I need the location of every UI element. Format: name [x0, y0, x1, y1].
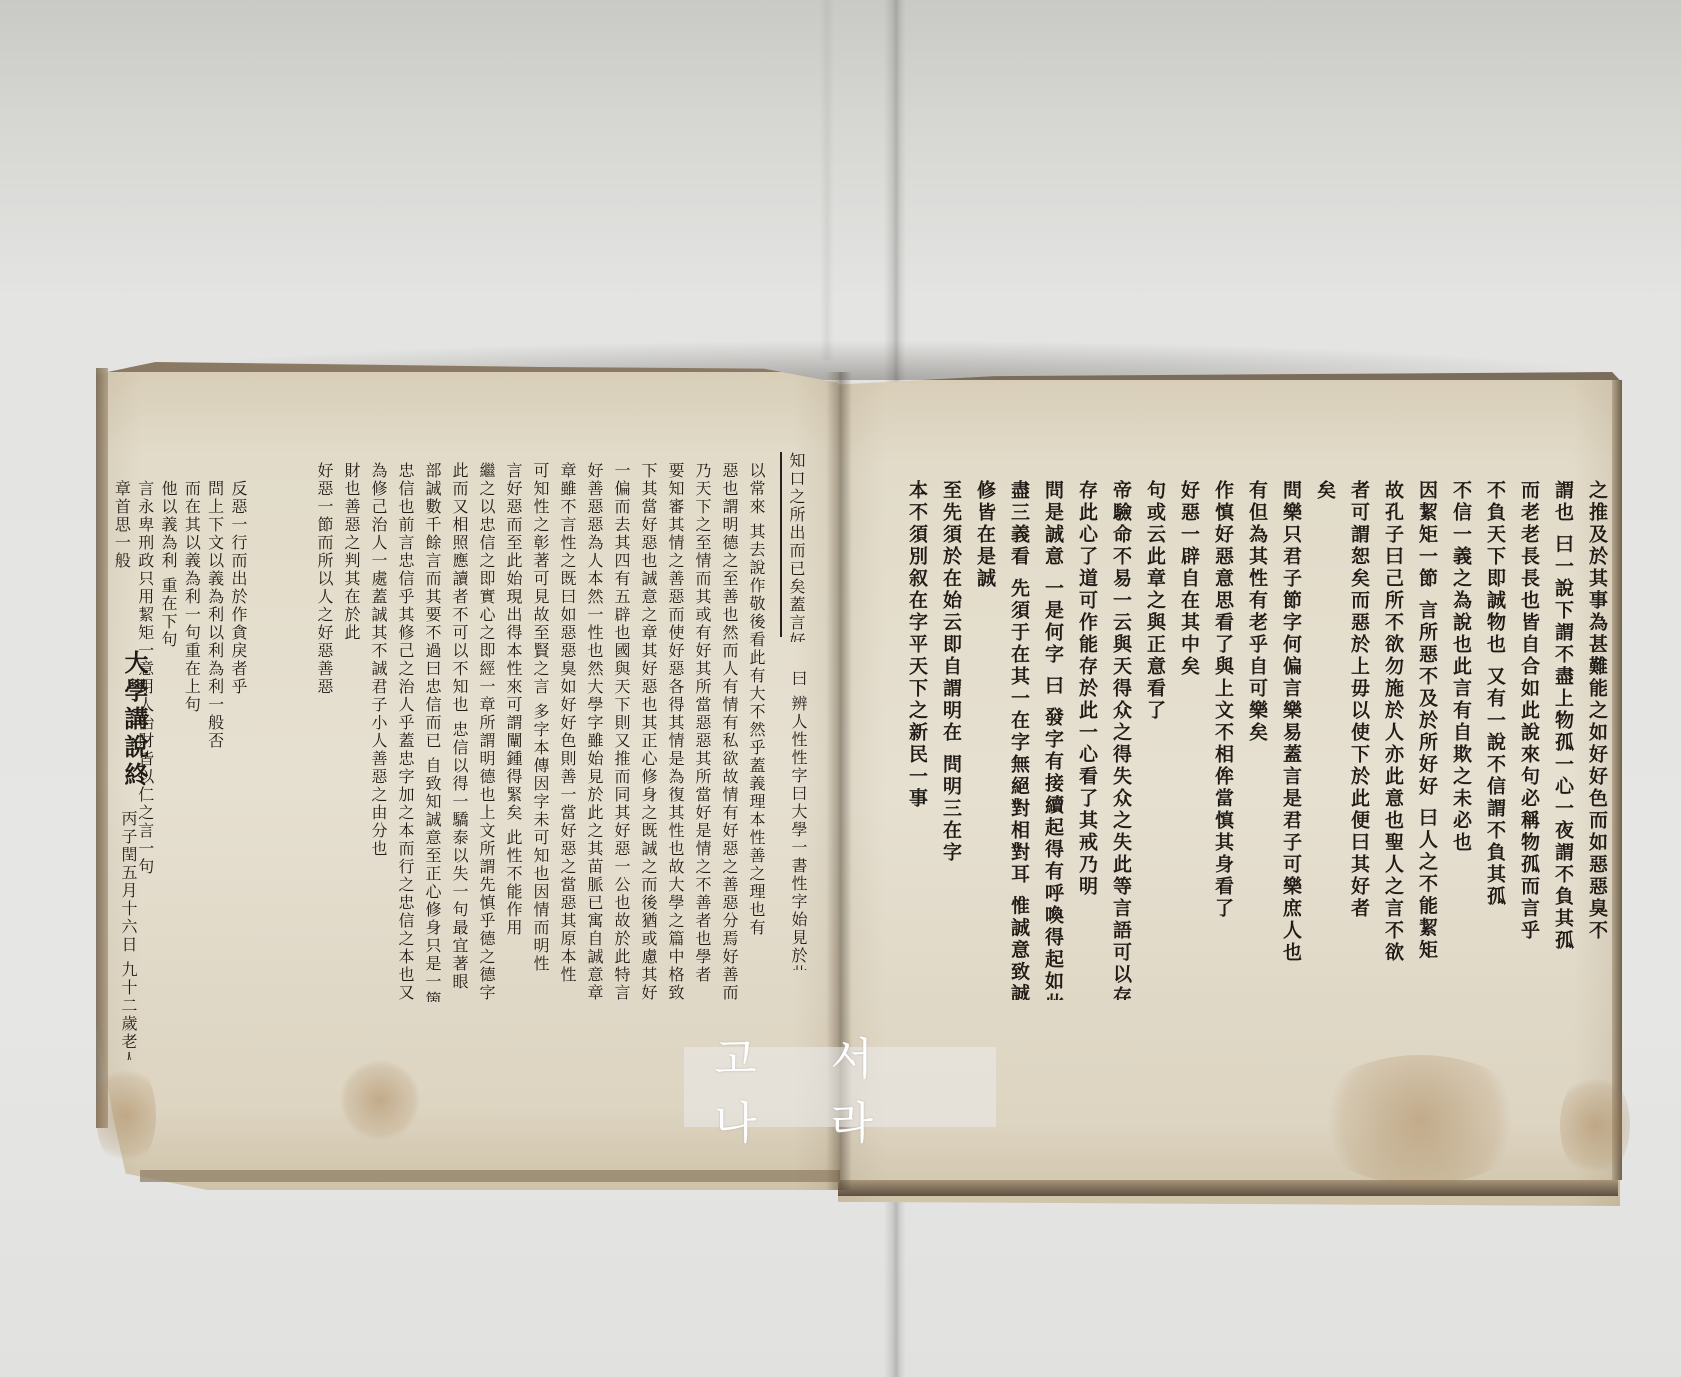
text-column: 問是誠意 一是何字 曰 發字有接續起得有呼喚得起如此 — [1032, 480, 1066, 1000]
text-column: 之推及於其事為甚難能之如好好色而如惡惡臭不 — [1576, 480, 1610, 1000]
colophon-date: 丙子閏五月十六日 九十二歲老人書 — [118, 810, 142, 1060]
text-column: 乃天下之至情而其或有好其所當惡惡其所當好是情之不善者也學者 — [689, 462, 716, 1002]
text-column: 好善惡惡為人本然一性也然大學字雖始見於此之其苗脈已寓自誠意章 — [581, 462, 608, 1002]
text-column: 忠信也前言忠信乎其修己之治人乎蓋忠字加之本而行之忠信之本也又曰 — [392, 462, 419, 1002]
text-column: 反惡一行而出於作貪戾者乎 — [229, 480, 252, 1020]
water-stain — [1560, 1070, 1630, 1180]
text-column: 而老老長長也皆自合如此說來句必稱物孤而言乎 — [1508, 480, 1542, 1000]
text-column: 以常來 其去說作敬後看此有大不然乎蓋義理本性善之理也有 — [743, 462, 770, 1002]
text-column: 有但為其性有老乎自可樂矣 — [1236, 480, 1270, 1000]
text-column: 而在其以義為利一句重在上句 — [182, 480, 205, 1020]
text-column: 者可謂恕矣而惡於上毋以使下於此便曰其好者 — [1338, 480, 1372, 1000]
right-page-text: 之推及於其事為甚難能之如好好色而如惡惡臭不 謂也 曰一說下謂不盡上物孤一心一夜謂… — [880, 480, 1610, 1010]
text-column: 為修己治人一處蓋誠其不誠君子小人善惡之由分也 — [365, 462, 392, 1002]
text-column: 存此心了道可作能存於此一心看了其戒乃明 — [1066, 480, 1100, 1000]
text-column: 作慎好惡意思看了與上文不相侔當慎其身看了 — [1202, 480, 1236, 1000]
text-column: 可知性之彰著可見故至賢之言 多字本傳因字未可知也因情而明性 — [527, 462, 554, 1002]
left-page-edge — [96, 368, 108, 1128]
text-column: 問上下文以義為利以利為利一般否 — [205, 480, 228, 1020]
text-column: 故孔子曰己所不欲勿施於人亦此意也聖人之言不欲 — [1372, 480, 1406, 1000]
left-page-text: 以常來 其去說作敬後看此有大不然乎蓋義理本性善之理也有 惡也謂明德之至善也然而人… — [250, 462, 770, 1022]
water-stain — [1310, 1055, 1530, 1185]
colophon-title: 大學講說終 — [118, 650, 148, 790]
water-stain — [96, 1060, 156, 1170]
text-column: 章雖不言性之既曰如惡惡臭如好好色則善一當好惡之當惡其原本性 — [554, 462, 581, 1002]
text-column: 好惡一節而所以人之好惡善惡 — [311, 462, 338, 1002]
text-column: 此而又相照應讀者不可以不知也 忠信以得一驕泰以失一句最宜著眼 — [446, 462, 473, 1002]
text-column: 惡也謂明德之至善也然而人有情有私欲故情有好惡之善惡分焉好善而惡 — [716, 462, 743, 1002]
text-column: 不信一義之為說也此言有自欺之未必也 — [1440, 480, 1474, 1000]
text-column: 修皆在是誠 — [964, 480, 998, 1000]
text-column: 下其當好惡也誠意之章其好惡也其正心修身之既誠之而後猶或慮其好惡 — [635, 462, 662, 1002]
text-column: 要知審其情之善惡而使好惡各得其情是為復其性也故大學之篇中格致 — [662, 462, 689, 1002]
header-note: 知口之所出而已矣蓋言好之至也 — [786, 452, 810, 642]
text-column: 部誠數千餘言而其要不過曰忠信而已 自致知誠意至正心修身只是一箇誠字 — [419, 462, 446, 1002]
note-column: 曰 辨人性性字曰大學一書性字始見於此人 — [788, 670, 812, 970]
text-column: 繼之以忠信之即實心之即經一章所謂明德也上文所謂先慎乎德之德字 — [473, 462, 500, 1002]
left-page-bottom-edge — [140, 1170, 840, 1182]
text-column: 好惡一辟自在其中矣 — [1168, 480, 1202, 1000]
annotation-bracket — [780, 452, 782, 637]
right-page-bottom-edge — [838, 1180, 1618, 1196]
text-column: 帝驗命不易一云與天得众之得失众之失此等言語可以存戒 — [1100, 480, 1134, 1000]
watermark: 고 서 나 라 — [684, 1047, 996, 1127]
text-column: 他以義為利 重在下句 — [159, 480, 182, 1020]
text-column: 問樂只君子節字何偏言樂易蓋言是君子可樂庶人也 — [1270, 480, 1304, 1000]
text-column: 因絜矩一節 言所惡不及於所好好 曰人之不能絜矩 — [1406, 480, 1440, 1000]
text-column: 不負天下即誠物也 又有一說不信謂不負其孤 — [1474, 480, 1508, 1000]
text-column: 句或云此章之與正意看了 — [1134, 480, 1168, 1000]
text-column: 言好惡而至此始現出得本性來可謂闡鍾得緊矣 此性不能作用 — [500, 462, 527, 1002]
text-column: 財也善惡之判其在於此 — [338, 462, 365, 1002]
text-column: 本不須別叙在字平天下之新民一事 — [896, 480, 930, 1000]
text-column: 至先須於在始云即自謂明在 問明三在字 — [930, 480, 964, 1000]
watermark-text: 고 서 나 라 — [684, 1023, 996, 1151]
text-column: 盡三義看 先須于在其一在字無絕對相對耳 惟誠意致誠 — [998, 480, 1032, 1000]
background-crease-faint — [820, 0, 834, 360]
text-column: 謂也 曰一說下謂不盡上物孤一心一夜謂不負其孤 — [1542, 480, 1576, 1000]
right-page-edge — [1612, 380, 1622, 1180]
text-column: 矣 — [1304, 480, 1338, 1000]
text-column: 一偏而去其四有五辟也國與天下則又推而同其好惡一公也故於此特言之 — [608, 462, 635, 1002]
water-stain — [340, 1060, 420, 1140]
